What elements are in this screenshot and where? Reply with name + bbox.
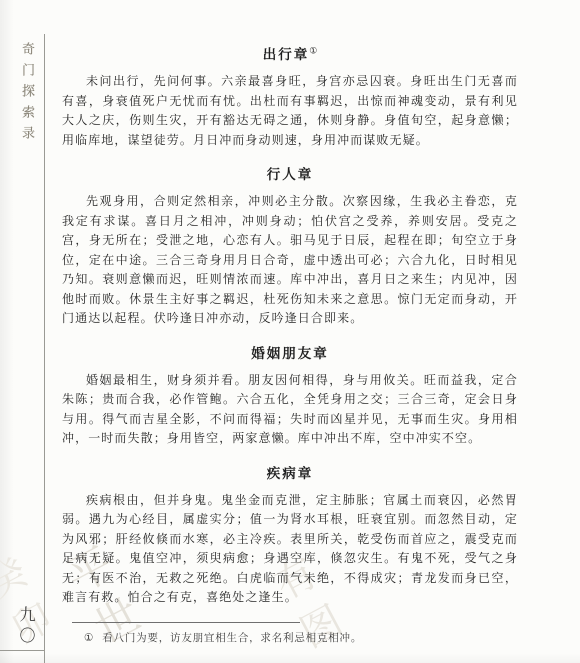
page-number: 九〇: [15, 606, 38, 648]
footnote-text: 看八门为要，访友朋宜相生合，求名利忌相克相冲。: [102, 632, 362, 644]
footnote-marker: ①: [84, 632, 94, 644]
chapter-title-chuxing: 出行章①: [62, 43, 518, 63]
chapter-body-xingren: 先观身用，合则定然相亲，冲则必主分散。次察因缘，生我必主眷恋，克我定有求谋。喜日…: [62, 192, 518, 329]
chapter-body-chuxing: 未问出行，先问何事。六亲最喜身旺，身宫亦忌囚衰。身旺出生门无喜而有喜，身衰值死户…: [62, 72, 518, 150]
book-title-vertical: 奇门探索录: [17, 42, 36, 147]
footnote-separator-rule: [72, 622, 300, 623]
footnote: ①看八门为要，访友朋宜相生合，求名利忌相克相冲。: [62, 631, 518, 646]
chapter-title-jibing: 疾病章: [62, 462, 518, 482]
chapter-title-xingren: 行人章: [62, 163, 518, 183]
footnote-reference-mark: ①: [309, 47, 317, 57]
chapter-title-hunyin-pengyou: 婚姻朋友章: [62, 342, 518, 362]
scanned-book-page: 癸卯 平世 有图 奇门探索录 九〇 出行章① 未问出行，先问何事。六亲最喜身旺，…: [0, 0, 580, 663]
main-text-column: 出行章① 未问出行，先问何事。六亲最喜身旺，身宫亦忌囚衰。身旺出生门无喜而有喜，…: [62, 30, 518, 646]
chapter-body-hunyin-pengyou: 婚姻最相生，财身须并看。朋友因何相得，身与用攸关。旺而益我，定合朱陈；贵而合我，…: [62, 371, 518, 449]
sidebar-vertical-rule: [44, 34, 45, 663]
chapter-body-jibing: 疾病根由，但并身鬼。鬼坐金而克泄，定主肺胀；官属土而衰囚，必然胃弱。遇九为心经目…: [62, 491, 518, 608]
chapter-title-text: 婚姻朋友章: [251, 346, 329, 362]
sidebar-bottom-rule: [0, 650, 44, 651]
chapter-title-text: 行人章: [267, 167, 314, 183]
chapter-title-text: 出行章: [263, 47, 310, 63]
chapter-title-text: 疾病章: [267, 466, 314, 482]
